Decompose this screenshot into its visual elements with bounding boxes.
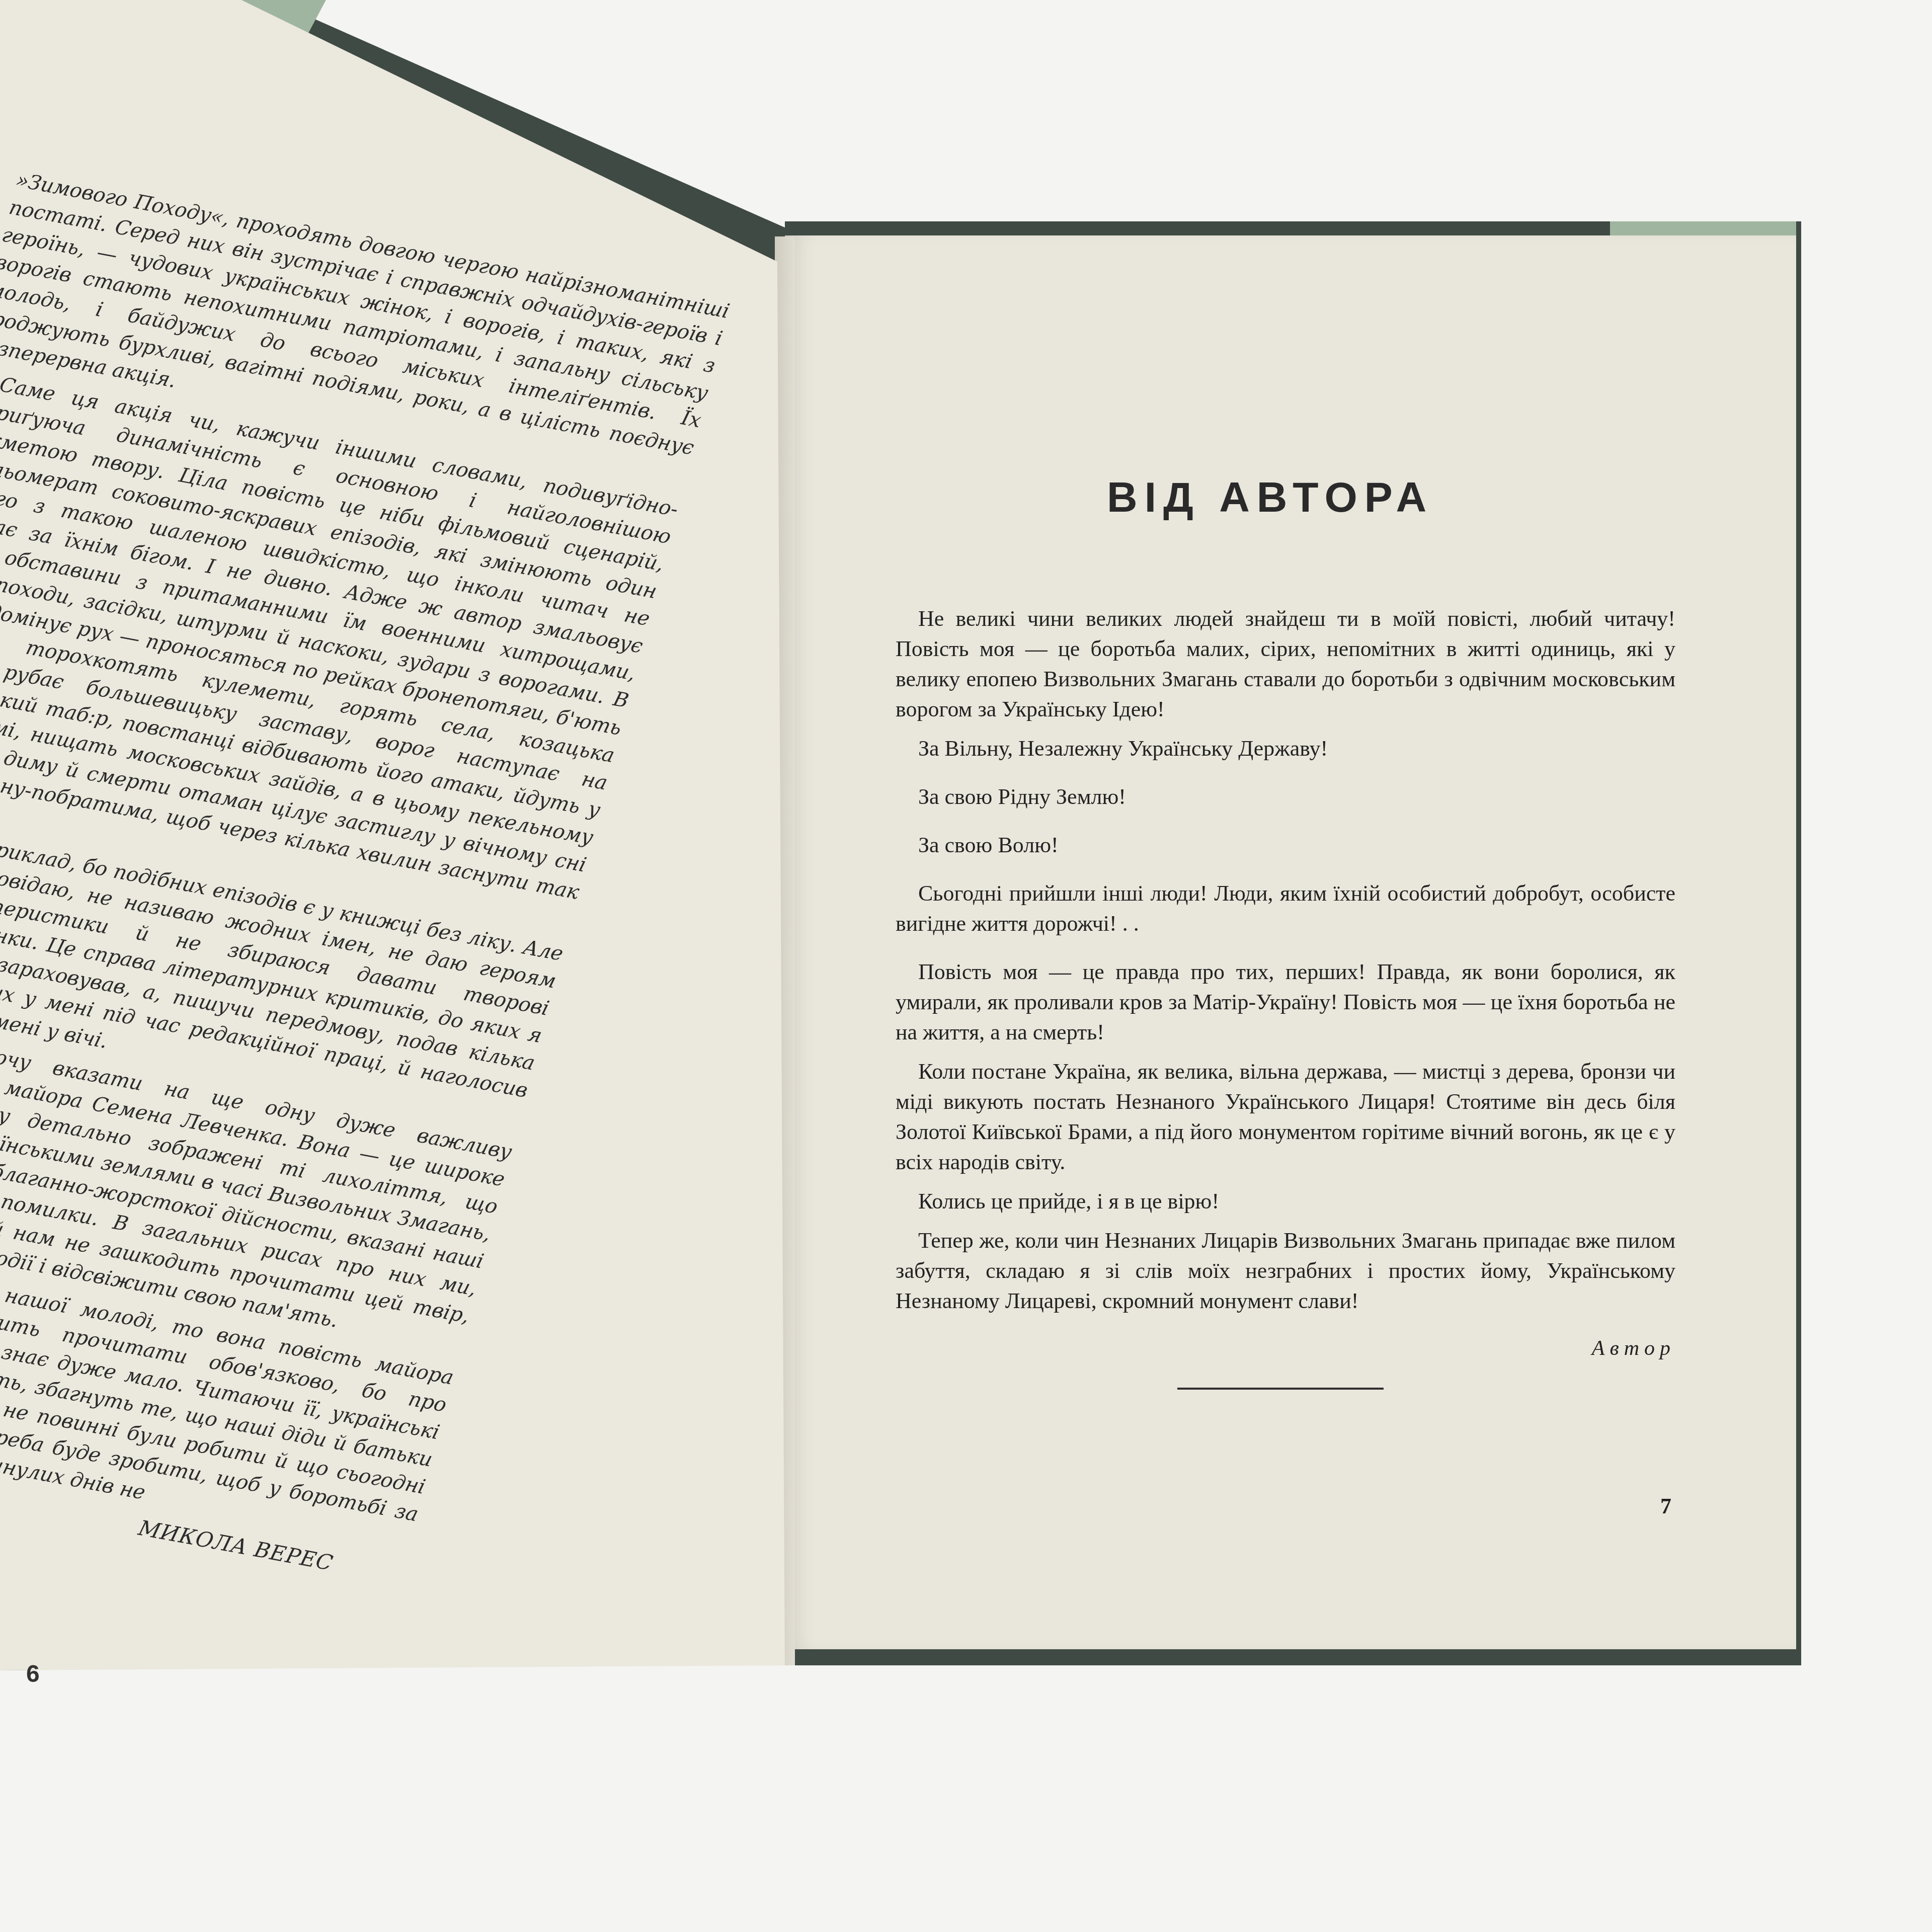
right-paragraph: Колись це прийде, і я в це вірю! xyxy=(896,1186,1675,1217)
right-paragraph: Не великі чини великих людей знайдеш ти … xyxy=(896,604,1675,725)
right-page-text: Не великі чини великих людей знайдеш ти … xyxy=(896,604,1675,1363)
page-number-right: 7 xyxy=(1660,1493,1671,1519)
right-paragraph: За Вільну, Незалежну Українську Державу! xyxy=(896,734,1675,764)
section-divider xyxy=(1177,1388,1384,1390)
right-paragraph: Повість моя — це правда про тих, перших!… xyxy=(896,957,1675,1048)
right-paragraph: За свою Волю! xyxy=(896,830,1675,860)
right-paragraph: Коли постане Україна, як велика, вільна … xyxy=(896,1057,1675,1177)
right-paragraph: За свою Рідну Землю! xyxy=(896,782,1675,812)
right-paragraph: Сьогодні прийшли інші люди! Люди, яким ї… xyxy=(896,878,1675,939)
page-number-left: 6 xyxy=(26,1660,40,1688)
right-signature: Автор xyxy=(896,1333,1675,1363)
page-title: ВІД АВТОРА xyxy=(1107,473,1459,522)
right-paragraph: Тепер же, коли чин Незнаних Лицарів Визв… xyxy=(896,1226,1675,1316)
